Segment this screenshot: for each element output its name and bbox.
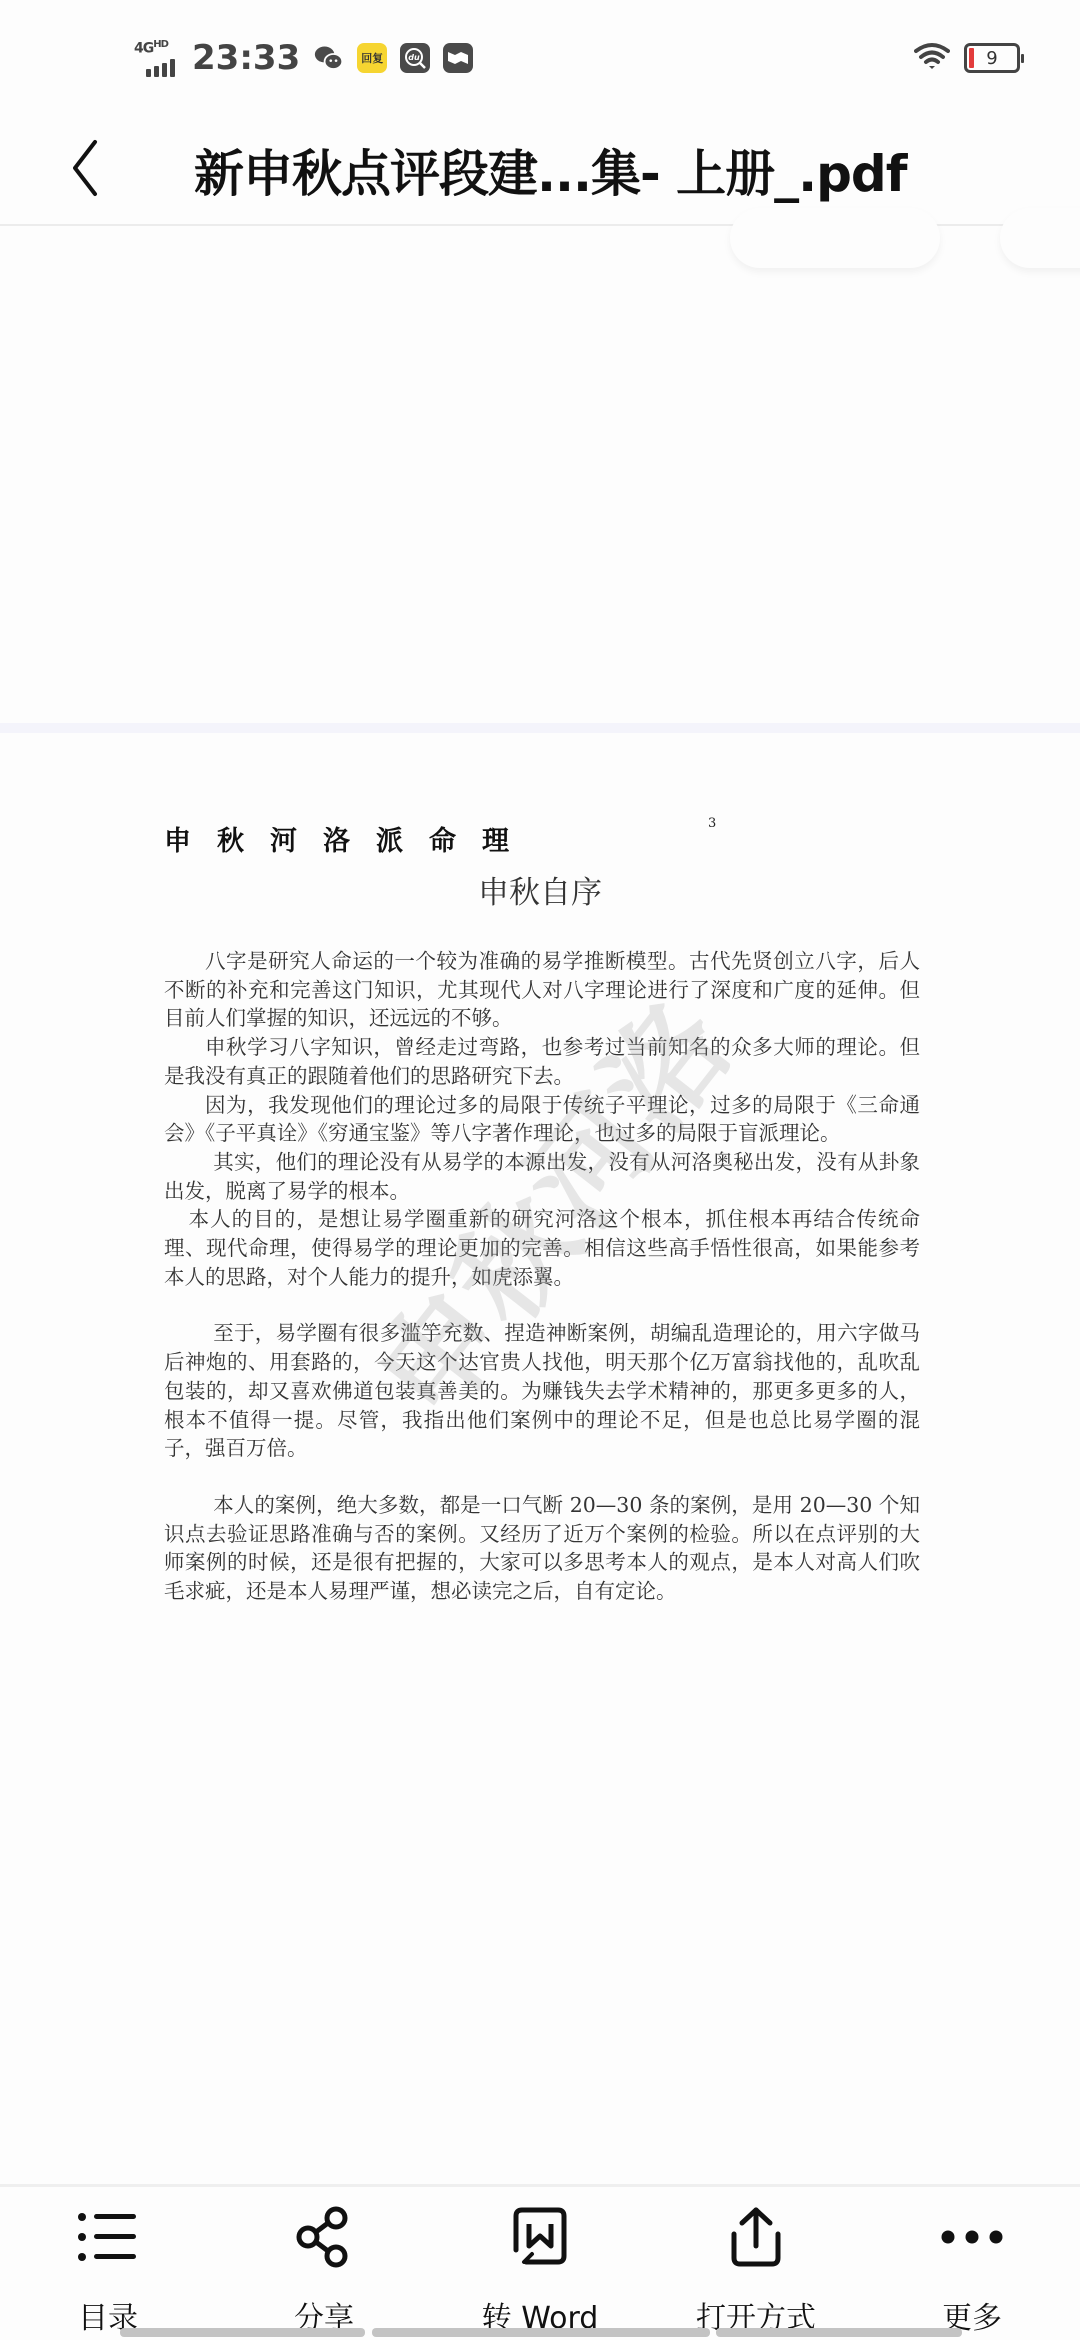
battery-icon: 9 <box>964 43 1020 73</box>
pdf-page[interactable]: 申秋河洛派命理 3 申秋自序 八字是研究人命运的一个较为准确的易学推断模型。古代… <box>0 733 1080 2185</box>
page-divider <box>0 723 1080 733</box>
toc-button[interactable]: 目录 <box>28 2205 188 2337</box>
paragraph: 至于，易学圈有很多滥竽充数、捏造神断案例，胡编乱造理论的，用六字做马后神炮的、用… <box>164 1319 920 1463</box>
share-icon <box>292 2205 356 2269</box>
paragraph: 本人的目的，是想让易学圈重新的研究河洛这个根本，抓住根本再结合传统命理、现代命理… <box>164 1205 920 1291</box>
floating-control-ghost <box>1000 208 1080 268</box>
previous-page[interactable] <box>0 228 1080 724</box>
open-with-icon <box>724 2205 788 2269</box>
news-app-label: 回复 <box>361 50 383 66</box>
wifi-icon <box>914 42 950 74</box>
document-title: 新申秋点评段建...集- 上册_.pdf <box>194 134 906 206</box>
baidu-icon: du <box>400 43 430 73</box>
wechat-icon <box>314 43 344 73</box>
section-title: 申秋自序 <box>0 867 1080 912</box>
nav-pill <box>120 2328 365 2337</box>
gesture-navigation-bar[interactable] <box>0 2328 1080 2338</box>
share-button[interactable]: 分享 <box>244 2205 404 2337</box>
convert-word-icon <box>508 2205 572 2269</box>
open-with-button[interactable]: 打开方式 <box>676 2205 836 2337</box>
more-button[interactable]: 更多 <box>892 2205 1052 2337</box>
floating-control-ghost <box>730 208 940 268</box>
running-head: 申秋河洛派命理 <box>164 819 535 858</box>
paragraph: 本人的案例，绝大多数，都是一口气断 20—30 条的案例，是用 20—30 个知… <box>164 1491 920 1606</box>
paragraph: 申秋学习八字知识，曾经走过弯路，也参考过当前知名的众多大师的理论。但是我没有真正… <box>164 1033 920 1090</box>
svg-text:du: du <box>409 53 421 62</box>
nav-pill <box>372 2328 710 2337</box>
chevron-left-icon <box>65 136 105 200</box>
map-app-icon <box>443 43 473 73</box>
network-type: 4G <box>134 41 153 57</box>
paragraph: 因为，我发现他们的理论过多的局限于传统子平理论，过多的局限于《三命通会》《子平真… <box>164 1091 920 1148</box>
convert-word-button[interactable]: 转 Word <box>460 2205 620 2337</box>
nav-pill <box>716 2328 962 2337</box>
battery-level: 9 <box>986 48 997 69</box>
body-text: 八字是研究人命运的一个较为准确的易学推断模型。古代先贤创立八字，后人不断的补充和… <box>164 947 920 1606</box>
status-bar: 4GHD 23:33 回复 du <box>0 0 1080 110</box>
clock: 23:33 <box>192 38 300 78</box>
page-number: 3 <box>708 816 716 831</box>
paragraph: 其实，他们的理论没有从易学的本源出发，没有从河洛奥秘出发，没有从卦象出发，脱离了… <box>164 1148 920 1205</box>
network-suffix: HD <box>153 39 168 50</box>
bottom-toolbar: 目录 分享 转 Word <box>0 2184 1080 2340</box>
more-icon <box>940 2205 1004 2269</box>
list-icon <box>76 2205 140 2269</box>
back-button[interactable] <box>50 128 120 208</box>
news-app-icon: 回复 <box>357 43 387 73</box>
paragraph: 八字是研究人命运的一个较为准确的易学推断模型。古代先贤创立八字，后人不断的补充和… <box>164 947 920 1033</box>
cellular-signal-icon: 4GHD <box>134 39 182 77</box>
